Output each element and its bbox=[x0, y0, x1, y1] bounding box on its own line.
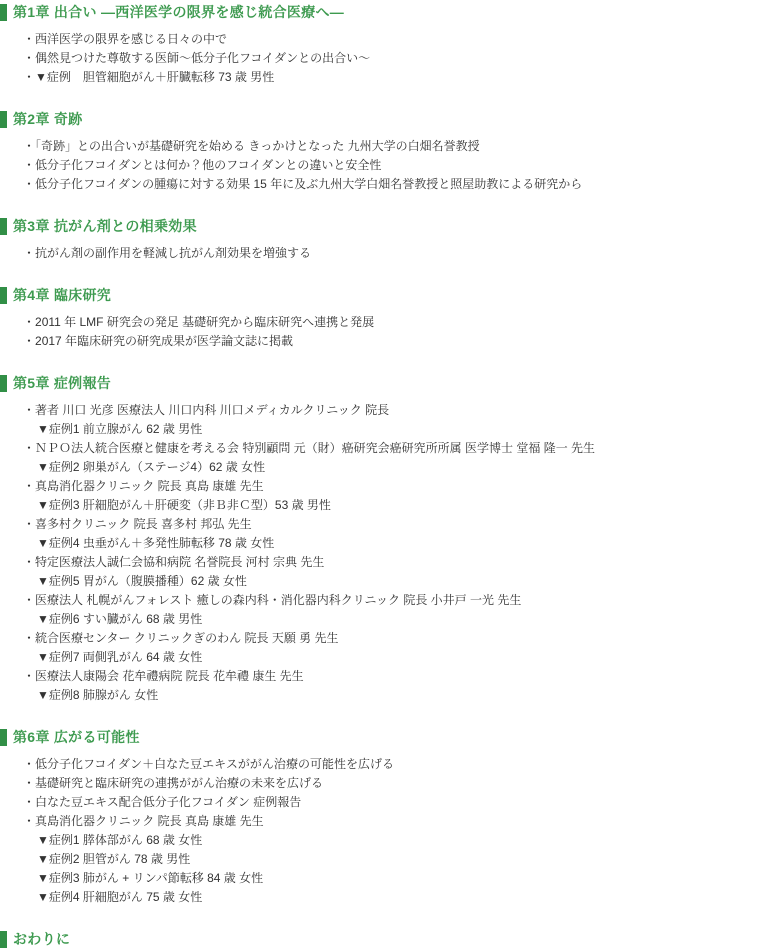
toc-item: ・低分子化フコイダン＋白なた豆エキスががん治療の可能性を広げる bbox=[0, 755, 764, 774]
case-item: ▼症例5 胃がん（腹膜播種）62 歳 女性 bbox=[0, 572, 764, 591]
toc-section: 第3章 抗がん剤との相乗効果・抗がん剤の副作用を軽減し抗がん剤効果を増強する bbox=[0, 218, 764, 263]
item-text: 症例1 前立腺がん 62 歳 男性 bbox=[49, 422, 202, 436]
chapter-title: 第2章 奇跡 bbox=[13, 111, 82, 128]
toc-item: ・真島消化器クリニック 院長 真島 康雄 先生 bbox=[0, 477, 764, 496]
toc-item: ・2017 年臨床研究の研究成果が医学論文誌に掲載 bbox=[0, 332, 764, 351]
toc-item: ・低分子化フコイダンの腫瘍に対する効果 15 年に及ぶ九州大学白畑名誉教授と照屋… bbox=[0, 175, 764, 194]
item-text: 2017 年臨床研究の研究成果が医学論文誌に掲載 bbox=[35, 334, 293, 348]
item-text: 症例3 肺がん + リンパ節転移 84 歳 女性 bbox=[49, 871, 263, 885]
chapter-heading: 第5章 症例報告 bbox=[0, 375, 764, 392]
toc-item: ・白なた豆エキス配合低分子化フコイダン 症例報告 bbox=[0, 793, 764, 812]
toc-item: ・医療法人 札幌がんフォレスト 癒しの森内科・消化器内科クリニック 院長 小井戸… bbox=[0, 591, 764, 610]
item-text: 症例4 肝細胞がん 75 歳 女性 bbox=[49, 890, 202, 904]
toc-item: ・著者 川口 光彦 医療法人 川口内科 川口メディカルクリニック 院長 bbox=[0, 401, 764, 420]
item-text: 著者 川口 光彦 医療法人 川口内科 川口メディカルクリニック 院長 bbox=[35, 403, 389, 417]
heading-bar-icon bbox=[0, 729, 7, 746]
item-text: 真島消化器クリニック 院長 真島 康雄 先生 bbox=[35, 814, 264, 828]
item-text: 西洋医学の限界を感じる日々の中で bbox=[35, 32, 227, 46]
triangle-down-icon: ▼ bbox=[37, 852, 49, 866]
toc-item: ・医療法人康陽会 花牟禮病院 院長 花牟禮 康生 先生 bbox=[0, 667, 764, 686]
triangle-down-icon: ▼ bbox=[37, 574, 49, 588]
case-item: ▼症例6 すい臓がん 68 歳 男性 bbox=[0, 610, 764, 629]
bullet-icon: ・ bbox=[23, 441, 35, 455]
item-text: 症例8 肺腺がん 女性 bbox=[49, 688, 158, 702]
item-text: 抗がん剤の副作用を軽減し抗がん剤効果を増強する bbox=[35, 246, 311, 260]
item-text: 真島消化器クリニック 院長 真島 康雄 先生 bbox=[35, 479, 264, 493]
toc-item: ・西洋医学の限界を感じる日々の中で bbox=[0, 30, 764, 49]
toc-section: 第2章 奇跡・「奇跡」との出合いが基礎研究を始める きっかけとなった 九州大学の… bbox=[0, 111, 764, 194]
item-text: 症例1 膵体部がん 68 歳 女性 bbox=[49, 833, 202, 847]
case-item: ▼症例4 肝細胞がん 75 歳 女性 bbox=[0, 888, 764, 907]
chapter-title: おわりに bbox=[13, 931, 70, 948]
bullet-icon: ・ bbox=[23, 757, 35, 771]
table-of-contents: 第1章 出合い ―西洋医学の限界を感じ統合医療へ―・西洋医学の限界を感じる日々の… bbox=[0, 0, 764, 948]
item-text: 統合医療センター クリニックぎのわん 院長 天願 勇 先生 bbox=[35, 631, 338, 645]
chapter-title: 第1章 出合い ―西洋医学の限界を感じ統合医療へ― bbox=[13, 4, 344, 21]
item-text: 医療法人康陽会 花牟禮病院 院長 花牟禮 康生 先生 bbox=[35, 669, 304, 683]
bullet-icon: ・ bbox=[23, 517, 35, 531]
chapter-items: ・低分子化フコイダン＋白なた豆エキスががん治療の可能性を広げる・基礎研究と臨床研… bbox=[0, 755, 764, 907]
toc-item: ・統合医療センター クリニックぎのわん 院長 天願 勇 先生 bbox=[0, 629, 764, 648]
bullet-icon: ・ bbox=[23, 814, 35, 828]
triangle-down-icon: ▼ bbox=[37, 650, 49, 664]
bullet-icon: ・ bbox=[23, 334, 35, 348]
chapter-heading: おわりに bbox=[0, 931, 764, 948]
item-text: 症例2 卵巣がん（ステージ4）62 歳 女性 bbox=[49, 460, 265, 474]
chapter-title: 第6章 広がる可能性 bbox=[13, 729, 140, 746]
item-text: ＮＰＯ法人統合医療と健康を考える会 特別顧問 元（財）癌研究会癌研究所所属 医学… bbox=[35, 441, 595, 455]
toc-item: ・基礎研究と臨床研究の連携ががん治療の未来を広げる bbox=[0, 774, 764, 793]
chapter-heading: 第1章 出合い ―西洋医学の限界を感じ統合医療へ― bbox=[0, 4, 764, 21]
case-item: ▼症例7 両側乳がん 64 歳 女性 bbox=[0, 648, 764, 667]
item-text: 症例7 両側乳がん 64 歳 女性 bbox=[49, 650, 202, 664]
chapter-heading: 第2章 奇跡 bbox=[0, 111, 764, 128]
bullet-icon: ・ bbox=[23, 669, 35, 683]
triangle-down-icon: ▼ bbox=[37, 460, 49, 474]
toc-item: ・真島消化器クリニック 院長 真島 康雄 先生 bbox=[0, 812, 764, 831]
heading-bar-icon bbox=[0, 287, 7, 304]
item-text: 症例5 胃がん（腹膜播種）62 歳 女性 bbox=[49, 574, 247, 588]
item-text: 喜多村クリニック 院長 喜多村 邦弘 先生 bbox=[35, 517, 252, 531]
toc-item: ・抗がん剤の副作用を軽減し抗がん剤効果を増強する bbox=[0, 244, 764, 263]
toc-item: ・「奇跡」との出合いが基礎研究を始める きっかけとなった 九州大学の白畑名誉教授 bbox=[0, 137, 764, 156]
chapter-title: 第4章 臨床研究 bbox=[13, 287, 111, 304]
toc-item: ・2011 年 LMF 研究会の発足 基礎研究から臨床研究へ連携と発展 bbox=[0, 313, 764, 332]
heading-bar-icon bbox=[0, 931, 7, 948]
item-text: 2011 年 LMF 研究会の発足 基礎研究から臨床研究へ連携と発展 bbox=[35, 315, 374, 329]
item-text: 症例4 虫垂がん＋多発性肺転移 78 歳 女性 bbox=[49, 536, 274, 550]
toc-item: ・偶然見つけた尊敬する医師～低分子化フコイダンとの出合い～ bbox=[0, 49, 764, 68]
bullet-icon: ・ bbox=[23, 177, 35, 191]
chapter-heading: 第3章 抗がん剤との相乗効果 bbox=[0, 218, 764, 235]
toc-section: 第5章 症例報告・著者 川口 光彦 医療法人 川口内科 川口メディカルクリニック… bbox=[0, 375, 764, 705]
bullet-icon: ・ bbox=[23, 776, 35, 790]
triangle-down-icon: ▼ bbox=[37, 612, 49, 626]
bullet-icon: ・ bbox=[23, 51, 35, 65]
toc-item: ・喜多村クリニック 院長 喜多村 邦弘 先生 bbox=[0, 515, 764, 534]
item-text: ▼症例 胆管細胞がん＋肝臓転移 73 歳 男性 bbox=[35, 70, 274, 84]
bullet-icon: ・ bbox=[23, 158, 35, 172]
chapter-items: ・著者 川口 光彦 医療法人 川口内科 川口メディカルクリニック 院長▼症例1 … bbox=[0, 401, 764, 705]
case-item: ▼症例2 卵巣がん（ステージ4）62 歳 女性 bbox=[0, 458, 764, 477]
heading-bar-icon bbox=[0, 4, 7, 21]
item-text: 偶然見つけた尊敬する医師～低分子化フコイダンとの出合い～ bbox=[35, 51, 370, 65]
triangle-down-icon: ▼ bbox=[37, 422, 49, 436]
toc-item: ・低分子化フコイダンとは何か？他のフコイダンとの違いと安全性 bbox=[0, 156, 764, 175]
item-text: 特定医療法人誠仁会協和病院 名誉院長 河村 宗典 先生 bbox=[35, 555, 324, 569]
item-text: 基礎研究と臨床研究の連携ががん治療の未来を広げる bbox=[35, 776, 323, 790]
bullet-icon: ・ bbox=[23, 70, 35, 84]
toc-item: ・ＮＰＯ法人統合医療と健康を考える会 特別顧問 元（財）癌研究会癌研究所所属 医… bbox=[0, 439, 764, 458]
toc-section: おわりに bbox=[0, 931, 764, 948]
item-text: 「奇跡」との出合いが基礎研究を始める きっかけとなった 九州大学の白畑名誉教授 bbox=[35, 139, 480, 153]
case-item: ▼症例2 胆管がん 78 歳 男性 bbox=[0, 850, 764, 869]
bullet-icon: ・ bbox=[23, 32, 35, 46]
chapter-heading: 第4章 臨床研究 bbox=[0, 287, 764, 304]
bullet-icon: ・ bbox=[23, 315, 35, 329]
triangle-down-icon: ▼ bbox=[37, 871, 49, 885]
item-text: 低分子化フコイダンの腫瘍に対する効果 15 年に及ぶ九州大学白畑名誉教授と照屋助… bbox=[35, 177, 582, 191]
case-item: ▼症例3 肺がん + リンパ節転移 84 歳 女性 bbox=[0, 869, 764, 888]
bullet-icon: ・ bbox=[23, 479, 35, 493]
chapter-items: ・「奇跡」との出合いが基礎研究を始める きっかけとなった 九州大学の白畑名誉教授… bbox=[0, 137, 764, 194]
bullet-icon: ・ bbox=[23, 403, 35, 417]
toc-section: 第6章 広がる可能性・低分子化フコイダン＋白なた豆エキスががん治療の可能性を広げ… bbox=[0, 729, 764, 907]
chapter-heading: 第6章 広がる可能性 bbox=[0, 729, 764, 746]
chapter-items: ・2011 年 LMF 研究会の発足 基礎研究から臨床研究へ連携と発展・2017… bbox=[0, 313, 764, 351]
heading-bar-icon bbox=[0, 111, 7, 128]
bullet-icon: ・ bbox=[23, 593, 35, 607]
case-item: ▼症例4 虫垂がん＋多発性肺転移 78 歳 女性 bbox=[0, 534, 764, 553]
toc-section: 第4章 臨床研究・2011 年 LMF 研究会の発足 基礎研究から臨床研究へ連携… bbox=[0, 287, 764, 351]
case-item: ▼症例1 膵体部がん 68 歳 女性 bbox=[0, 831, 764, 850]
bullet-icon: ・ bbox=[23, 555, 35, 569]
chapter-items: ・抗がん剤の副作用を軽減し抗がん剤効果を増強する bbox=[0, 244, 764, 263]
bullet-icon: ・ bbox=[23, 631, 35, 645]
item-text: 白なた豆エキス配合低分子化フコイダン 症例報告 bbox=[35, 795, 301, 809]
triangle-down-icon: ▼ bbox=[37, 833, 49, 847]
item-text: 症例2 胆管がん 78 歳 男性 bbox=[49, 852, 190, 866]
item-text: 症例6 すい臓がん 68 歳 男性 bbox=[49, 612, 202, 626]
heading-bar-icon bbox=[0, 375, 7, 392]
item-text: 症例3 肝細胞がん＋肝硬変（非Ｂ非Ｃ型）53 歳 男性 bbox=[49, 498, 331, 512]
case-item: ▼症例1 前立腺がん 62 歳 男性 bbox=[0, 420, 764, 439]
triangle-down-icon: ▼ bbox=[37, 498, 49, 512]
item-text: 低分子化フコイダン＋白なた豆エキスががん治療の可能性を広げる bbox=[35, 757, 394, 771]
triangle-down-icon: ▼ bbox=[37, 688, 49, 702]
chapter-title: 第3章 抗がん剤との相乗効果 bbox=[13, 218, 197, 235]
toc-section: 第1章 出合い ―西洋医学の限界を感じ統合医療へ―・西洋医学の限界を感じる日々の… bbox=[0, 4, 764, 87]
item-text: 医療法人 札幌がんフォレスト 癒しの森内科・消化器内科クリニック 院長 小井戸 … bbox=[35, 593, 521, 607]
chapter-title: 第5章 症例報告 bbox=[13, 375, 111, 392]
bullet-icon: ・ bbox=[23, 139, 35, 153]
toc-item: ・特定医療法人誠仁会協和病院 名誉院長 河村 宗典 先生 bbox=[0, 553, 764, 572]
triangle-down-icon: ▼ bbox=[37, 890, 49, 904]
triangle-down-icon: ▼ bbox=[37, 536, 49, 550]
item-text: 低分子化フコイダンとは何か？他のフコイダンとの違いと安全性 bbox=[35, 158, 381, 172]
case-item: ▼症例3 肝細胞がん＋肝硬変（非Ｂ非Ｃ型）53 歳 男性 bbox=[0, 496, 764, 515]
bullet-icon: ・ bbox=[23, 246, 35, 260]
toc-item: ・▼症例 胆管細胞がん＋肝臓転移 73 歳 男性 bbox=[0, 68, 764, 87]
chapter-items: ・西洋医学の限界を感じる日々の中で・偶然見つけた尊敬する医師～低分子化フコイダン… bbox=[0, 30, 764, 87]
heading-bar-icon bbox=[0, 218, 7, 235]
case-item: ▼症例8 肺腺がん 女性 bbox=[0, 686, 764, 705]
bullet-icon: ・ bbox=[23, 795, 35, 809]
